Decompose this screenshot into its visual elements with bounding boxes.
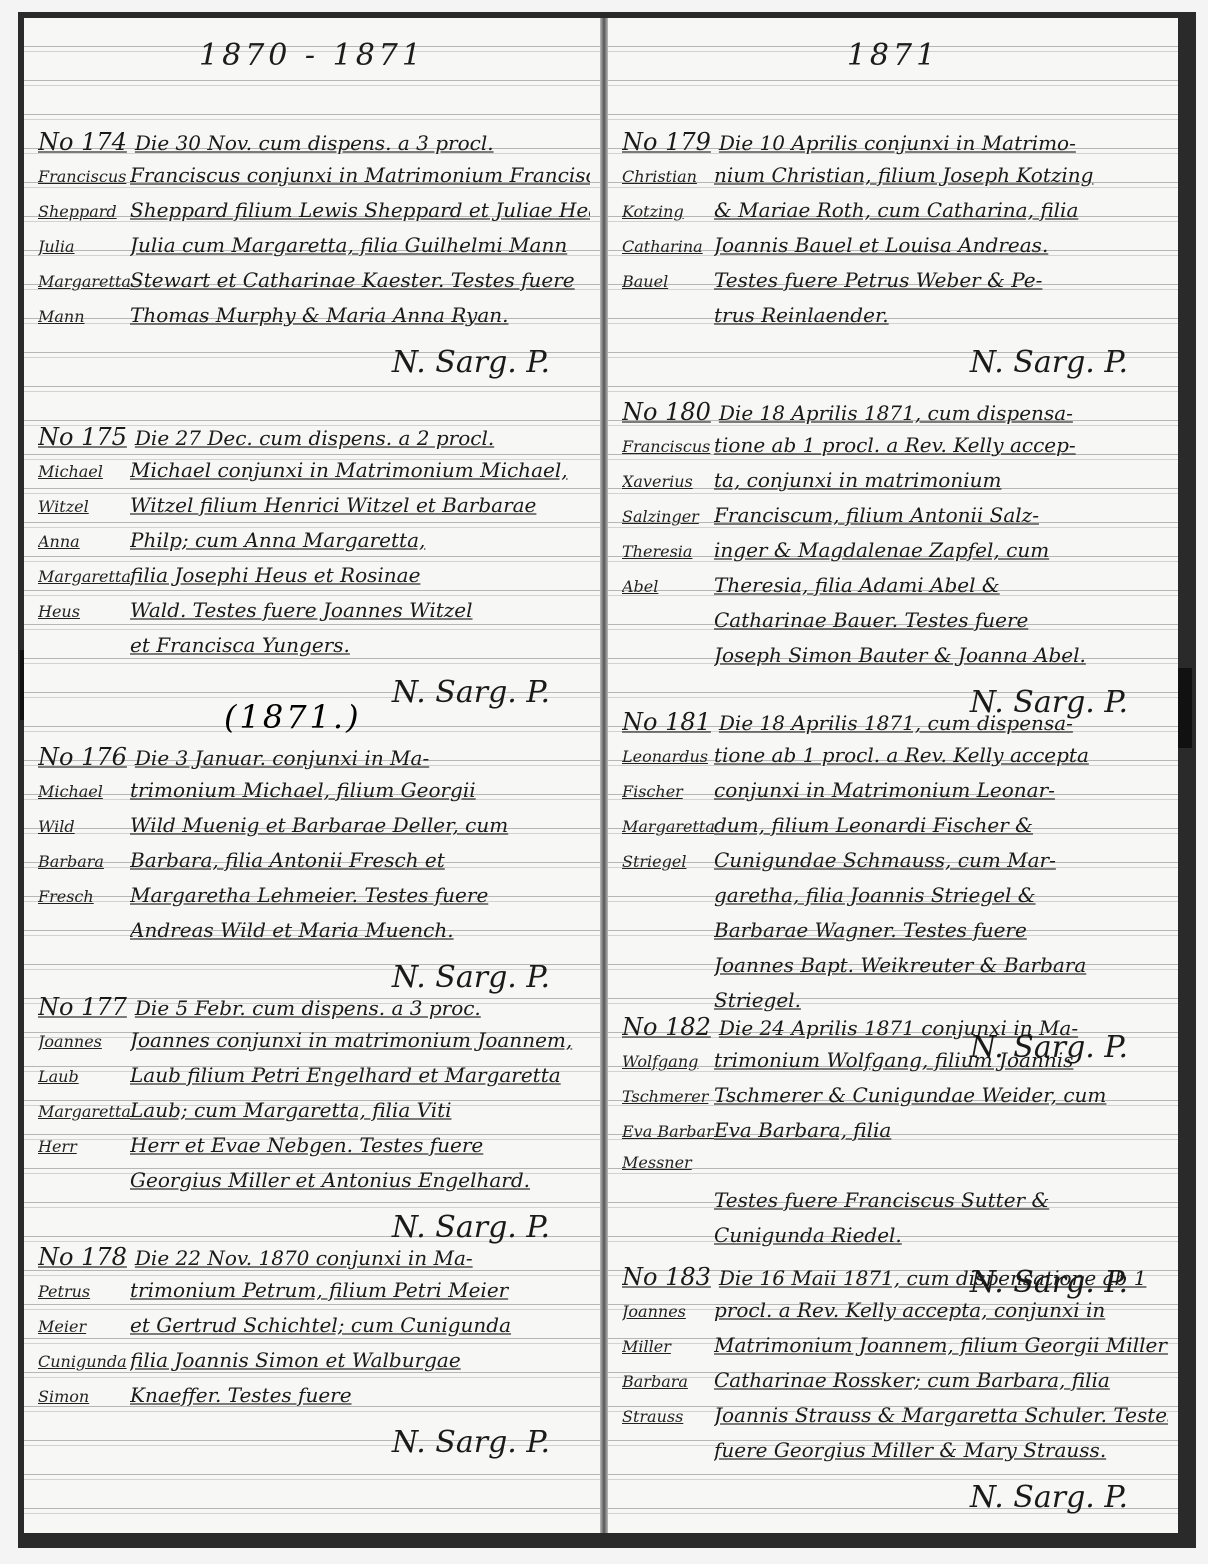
entry-text: & Mariae Roth, cum Catharina, filia	[714, 198, 1168, 222]
entry-text: Franciscus conjunxi in Matrimonium Franc…	[130, 163, 590, 187]
entry-line: BauelTestes fuere Petrus Weber & Pe-	[622, 268, 1168, 303]
entry-line: Margarettadum, filium Leonardi Fischer &	[622, 813, 1168, 848]
entry-text: Laub; cum Margaretta, filia Viti	[130, 1098, 590, 1122]
entry-text: trimonium Michael, filium Georgii	[130, 778, 590, 802]
entry-line: Joseph Simon Bauter & Joanna Abel.	[622, 643, 1168, 678]
register-entry: No 178Die 22 Nov. 1870 conjunxi in Ma-Pe…	[38, 1243, 590, 1468]
entry-line: Meieret Gertrud Schichtel; cum Cunigunda	[38, 1313, 590, 1348]
entry-line: Messner	[622, 1153, 1168, 1188]
entry-line: trus Reinlaender.	[622, 303, 1168, 338]
entry-line: JoannesJoannes conjunxi in matrimonium J…	[38, 1028, 590, 1063]
entry-number: No 180	[622, 398, 711, 426]
entry-text: et Gertrud Schichtel; cum Cunigunda	[130, 1313, 590, 1337]
entry-text: tione ab 1 procl. a Rev. Kelly accepta	[714, 743, 1168, 767]
entry-text: ta, conjunxi in matrimonium	[714, 468, 1168, 492]
margin-name: Heus	[38, 602, 130, 621]
entry-text: No 175Die 27 Dec. cum dispens. a 2 procl…	[38, 423, 590, 451]
entry-line: No 174Die 30 Nov. cum dispens. a 3 procl…	[38, 128, 590, 163]
priest-signature: N. Sarg. P.	[622, 1473, 1168, 1523]
entry-line: No 181Die 18 Aprilis 1871, cum dispensa-	[622, 708, 1168, 743]
entry-line: Georgius Miller et Antonius Engelhard.	[38, 1168, 590, 1203]
entry-text: garetha, filia Joannis Striegel &	[714, 883, 1168, 907]
entry-line: Catharinae Bauer. Testes fuere	[622, 608, 1168, 643]
entry-line: No 182Die 24 Aprilis 1871 conjunxi in Ma…	[622, 1013, 1168, 1048]
entry-text: Striegel.	[714, 988, 1168, 1012]
entry-line: MargarettaLaub; cum Margaretta, filia Vi…	[38, 1098, 590, 1133]
register-entry: No 175Die 27 Dec. cum dispens. a 2 procl…	[38, 423, 590, 718]
margin-name: Margaretta	[38, 567, 130, 586]
margin-name: Joannes	[622, 1302, 714, 1321]
margin-name: Anna	[38, 532, 130, 551]
entry-line: CatharinaJoannis Bauel et Louisa Andreas…	[622, 233, 1168, 268]
entry-line: Leonardustione ab 1 procl. a Rev. Kelly …	[622, 743, 1168, 778]
entry-line: No 180Die 18 Aprilis 1871, cum dispensa-	[622, 398, 1168, 433]
priest-signature: N. Sarg. P.	[622, 338, 1168, 388]
entry-text: Joannis Bauel et Louisa Andreas.	[714, 233, 1168, 257]
entry-line: Petrustrimonium Petrum, filium Petri Mei…	[38, 1278, 590, 1313]
left-page: 1870 - 1871 (1871.) No 174Die 30 Nov. cu…	[24, 18, 600, 1533]
entry-line: No 179Die 10 Aprilis conjunxi in Matrimo…	[622, 128, 1168, 163]
entry-text: Philp; cum Anna Margaretta,	[130, 528, 590, 552]
entry-text: Catharinae Bauer. Testes fuere	[714, 608, 1168, 632]
entry-line: AnnaPhilp; cum Anna Margaretta,	[38, 528, 590, 563]
page-year-header: 1870 - 1871	[24, 38, 600, 73]
margin-name: Michael	[38, 462, 130, 481]
register-entry: No 180Die 18 Aprilis 1871, cum dispensa-…	[622, 398, 1168, 728]
margin-name: Strauss	[622, 1407, 714, 1426]
register-entry: No 174Die 30 Nov. cum dispens. a 3 procl…	[38, 128, 590, 388]
entry-line: HerrHerr et Evae Nebgen. Testes fuere	[38, 1133, 590, 1168]
entry-text: No 179Die 10 Aprilis conjunxi in Matrimo…	[622, 128, 1168, 156]
entry-line: Joannes Bapt. Weikreuter & Barbara	[622, 953, 1168, 988]
entry-line: Testes fuere Franciscus Sutter &	[622, 1188, 1168, 1223]
margin-name: Margaretta	[38, 1102, 130, 1121]
entry-text: Georgius Miller et Antonius Engelhard.	[130, 1168, 590, 1192]
entry-line: SimonKnaeffer. Testes fuere	[38, 1383, 590, 1418]
entry-text: Herr et Evae Nebgen. Testes fuere	[130, 1133, 590, 1157]
entry-text: Matrimonium Joannem, filium Georgii Mill…	[714, 1333, 1168, 1357]
priest-signature: N. Sarg. P.	[38, 668, 590, 718]
entry-text: tione ab 1 procl. a Rev. Kelly accep-	[714, 433, 1168, 457]
entry-text: Joannis Strauss & Margaretta Schuler. Te…	[714, 1403, 1168, 1427]
margin-name: Franciscus	[622, 437, 714, 456]
entry-text: Franciscum, filium Antonii Salz-	[714, 503, 1168, 527]
register-entry: No 177Die 5 Febr. cum dispens. a 3 proc.…	[38, 993, 590, 1253]
entry-text: nium Christian, filium Joseph Kotzing	[714, 163, 1168, 187]
entry-line: Joannesprocl. a Rev. Kelly accepta, conj…	[622, 1298, 1168, 1333]
entry-text: No 182Die 24 Aprilis 1871 conjunxi in Ma…	[622, 1013, 1168, 1041]
margin-name: Petrus	[38, 1282, 130, 1301]
entry-line: No 176Die 3 Januar. conjunxi in Ma-	[38, 743, 590, 778]
entry-line: Barbarae Wagner. Testes fuere	[622, 918, 1168, 953]
margin-name: Herr	[38, 1137, 130, 1156]
entry-line: Cunigundafilia Joannis Simon et Walburga…	[38, 1348, 590, 1383]
margin-name: Witzel	[38, 497, 130, 516]
margin-name: Kotzing	[622, 202, 714, 221]
entry-text: conjunxi in Matrimonium Leonar-	[714, 778, 1168, 802]
margin-name: Fischer	[622, 782, 714, 801]
entry-line: garetha, filia Joannis Striegel &	[622, 883, 1168, 918]
entry-text: trimonium Petrum, filium Petri Meier	[130, 1278, 590, 1302]
entry-text: Andreas Wild et Maria Muench.	[130, 918, 590, 942]
page-year-header: 1871	[608, 38, 1178, 73]
entry-text: trus Reinlaender.	[714, 303, 1168, 327]
entry-text: trimonium Wolfgang, filium Joannis	[714, 1048, 1168, 1072]
margin-name: Simon	[38, 1387, 130, 1406]
entry-line: WildWild Muenig et Barbarae Deller, cum	[38, 813, 590, 848]
margin-name: Christian	[622, 167, 714, 186]
entry-text: Michael conjunxi in Matrimonium Michael,	[130, 458, 590, 482]
entry-line: No 177Die 5 Febr. cum dispens. a 3 proc.	[38, 993, 590, 1028]
entry-text: Catharinae Rossker; cum Barbara, filia	[714, 1368, 1168, 1392]
entry-line: et Francisca Yungers.	[38, 633, 590, 668]
entry-number: No 174	[38, 128, 127, 156]
entry-text: et Francisca Yungers.	[130, 633, 590, 657]
entry-line: fuere Georgius Miller & Mary Strauss.	[622, 1438, 1168, 1473]
entry-line: Wolfgangtrimonium Wolfgang, filium Joann…	[622, 1048, 1168, 1083]
margin-name: Fresch	[38, 887, 130, 906]
entry-text: Joannes Bapt. Weikreuter & Barbara	[714, 953, 1168, 977]
entry-text: No 176Die 3 Januar. conjunxi in Ma-	[38, 743, 590, 771]
entry-text: dum, filium Leonardi Fischer &	[714, 813, 1168, 837]
margin-name: Barbara	[622, 1372, 714, 1391]
margin-name: Franciscus	[38, 167, 130, 186]
margin-name: Tschmerer	[622, 1087, 714, 1106]
margin-name: Bauel	[622, 272, 714, 291]
entry-number: No 182	[622, 1013, 711, 1041]
entry-line: Fischerconjunxi in Matrimonium Leonar-	[622, 778, 1168, 813]
entry-line: MichaelMichael conjunxi in Matrimonium M…	[38, 458, 590, 493]
entry-line: Michaeltrimonium Michael, filium Georgii	[38, 778, 590, 813]
entry-line: Cunigunda Riedel.	[622, 1223, 1168, 1258]
entry-line: Franciscustione ab 1 procl. a Rev. Kelly…	[622, 433, 1168, 468]
entry-line: JuliaJulia cum Margaretta, filia Guilhel…	[38, 233, 590, 268]
margin-name: Margaretta	[622, 817, 714, 836]
register-entry: No 183Die 16 Maii 1871, cum dispensation…	[622, 1263, 1168, 1523]
entry-line: BarbaraCatharinae Rossker; cum Barbara, …	[622, 1368, 1168, 1403]
entry-text: Cunigunda Riedel.	[714, 1223, 1168, 1247]
margin-name: Cunigunda	[38, 1352, 130, 1371]
entry-number: No 181	[622, 708, 711, 736]
entry-number: No 175	[38, 423, 127, 451]
entry-text: No 174Die 30 Nov. cum dispens. a 3 procl…	[38, 128, 590, 156]
margin-name: Joannes	[38, 1032, 130, 1051]
entry-line: SheppardSheppard filium Lewis Sheppard e…	[38, 198, 590, 233]
entry-text: Joannes conjunxi in matrimonium Joannem,	[130, 1028, 590, 1052]
entry-text: Barbarae Wagner. Testes fuere	[714, 918, 1168, 942]
entry-text: fuere Georgius Miller & Mary Strauss.	[714, 1438, 1168, 1462]
entry-line: Christiannium Christian, filium Joseph K…	[622, 163, 1168, 198]
margin-name: Messner	[622, 1153, 714, 1172]
entry-line: FreschMargaretha Lehmeier. Testes fuere	[38, 883, 590, 918]
entry-line: MargarettaStewart et Catharinae Kaester.…	[38, 268, 590, 303]
margin-name: Mann	[38, 307, 130, 326]
right-page: 1871 No 179Die 10 Aprilis conjunxi in Ma…	[608, 18, 1178, 1533]
entry-text: Eva Barbara, filia	[714, 1118, 1168, 1142]
entry-text: No 178Die 22 Nov. 1870 conjunxi in Ma-	[38, 1243, 590, 1271]
entry-line: No 178Die 22 Nov. 1870 conjunxi in Ma-	[38, 1243, 590, 1278]
entry-text: No 180Die 18 Aprilis 1871, cum dispensa-	[622, 398, 1168, 426]
entry-text: Tschmerer & Cunigundae Weider, cum	[714, 1083, 1168, 1107]
entry-text: No 181Die 18 Aprilis 1871, cum dispensa-	[622, 708, 1168, 736]
entry-line: Xaveriusta, conjunxi in matrimonium	[622, 468, 1168, 503]
margin-name: Sheppard	[38, 202, 130, 221]
entry-number: No 183	[622, 1263, 711, 1291]
entry-text: inger & Magdalenae Zapfel, cum	[714, 538, 1168, 562]
entry-text: filia Joannis Simon et Walburgae	[130, 1348, 590, 1372]
entry-line: BarbaraBarbara, filia Antonii Fresch et	[38, 848, 590, 883]
margin-name: Julia	[38, 237, 130, 256]
register-entry: No 176Die 3 Januar. conjunxi in Ma-Micha…	[38, 743, 590, 1003]
margin-name: Michael	[38, 782, 130, 801]
entry-text: Wild Muenig et Barbarae Deller, cum	[130, 813, 590, 837]
entry-text: Barbara, filia Antonii Fresch et	[130, 848, 590, 872]
margin-name: Barbara	[38, 852, 130, 871]
entry-text: No 183Die 16 Maii 1871, cum dispensation…	[622, 1263, 1168, 1291]
entry-number: No 179	[622, 128, 711, 156]
margin-name: Theresia	[622, 542, 714, 561]
entry-line: MillerMatrimonium Joannem, filium Georgi…	[622, 1333, 1168, 1368]
entry-line: MannThomas Murphy & Maria Anna Ryan.	[38, 303, 590, 338]
entry-text: Testes fuere Petrus Weber & Pe-	[714, 268, 1168, 292]
entry-line: Kotzing& Mariae Roth, cum Catharina, fil…	[622, 198, 1168, 233]
margin-name: Wolfgang	[622, 1052, 714, 1071]
entry-line: WitzelWitzel filium Henrici Witzel et Ba…	[38, 493, 590, 528]
margin-name: Catharina	[622, 237, 714, 256]
entry-line: SalzingerFranciscum, filium Antonii Salz…	[622, 503, 1168, 538]
book-gutter	[600, 18, 608, 1533]
entry-text: Julia cum Margaretta, filia Guilhelmi Ma…	[130, 233, 590, 257]
entry-line: No 183Die 16 Maii 1871, cum dispensation…	[622, 1263, 1168, 1298]
entry-number: No 177	[38, 993, 127, 1021]
entry-line: AbelTheresia, filia Adami Abel &	[622, 573, 1168, 608]
entry-text: Testes fuere Franciscus Sutter &	[714, 1188, 1168, 1212]
entry-line: Theresiainger & Magdalenae Zapfel, cum	[622, 538, 1168, 573]
entry-text: No 177Die 5 Febr. cum dispens. a 3 proc.	[38, 993, 590, 1021]
priest-signature: N. Sarg. P.	[38, 1418, 590, 1468]
entry-text: Laub filium Petri Engelhard et Margarett…	[130, 1063, 590, 1087]
entry-text: Stewart et Catharinae Kaester. Testes fu…	[130, 268, 590, 292]
entry-number: No 178	[38, 1243, 127, 1271]
margin-name: Meier	[38, 1317, 130, 1336]
entry-line: TschmererTschmerer & Cunigundae Weider, …	[622, 1083, 1168, 1118]
margin-name: Miller	[622, 1337, 714, 1356]
margin-name: Wild	[38, 817, 130, 836]
entry-text: Wald. Testes fuere Joannes Witzel	[130, 598, 590, 622]
margin-name: Laub	[38, 1067, 130, 1086]
margin-name: Striegel	[622, 852, 714, 871]
entry-text: Margaretha Lehmeier. Testes fuere	[130, 883, 590, 907]
entry-text: filia Josephi Heus et Rosinae	[130, 563, 590, 587]
entry-line: FranciscusFranciscus conjunxi in Matrimo…	[38, 163, 590, 198]
entry-line: StriegelCunigundae Schmauss, cum Mar-	[622, 848, 1168, 883]
entry-text: Thomas Murphy & Maria Anna Ryan.	[130, 303, 590, 327]
entry-text: Theresia, filia Adami Abel &	[714, 573, 1168, 597]
entry-line: No 175Die 27 Dec. cum dispens. a 2 procl…	[38, 423, 590, 458]
entry-text: Knaeffer. Testes fuere	[130, 1383, 590, 1407]
entry-number: No 176	[38, 743, 127, 771]
entry-text: Witzel filium Henrici Witzel et Barbarae	[130, 493, 590, 517]
margin-name: Margaretta	[38, 272, 130, 291]
margin-name: Xaverius	[622, 472, 714, 491]
entry-line: LaubLaub filium Petri Engelhard et Marga…	[38, 1063, 590, 1098]
margin-name: Abel	[622, 577, 714, 596]
entry-text: procl. a Rev. Kelly accepta, conjunxi in	[714, 1298, 1168, 1322]
entry-line: Margarettafilia Josephi Heus et Rosinae	[38, 563, 590, 598]
entry-text: Cunigundae Schmauss, cum Mar-	[714, 848, 1168, 872]
priest-signature: N. Sarg. P.	[38, 338, 590, 388]
entry-line: Eva BarbaraEva Barbara, filia	[622, 1118, 1168, 1153]
entry-text: Sheppard filium Lewis Sheppard et Juliae…	[130, 198, 590, 222]
entry-line: StraussJoannis Strauss & Margaretta Schu…	[622, 1403, 1168, 1438]
entry-line: HeusWald. Testes fuere Joannes Witzel	[38, 598, 590, 633]
entry-line: Andreas Wild et Maria Muench.	[38, 918, 590, 953]
margin-name: Salzinger	[622, 507, 714, 526]
register-entry: No 179Die 10 Aprilis conjunxi in Matrimo…	[622, 128, 1168, 388]
margin-name: Leonardus	[622, 747, 714, 766]
margin-name: Eva Barbara	[622, 1122, 714, 1141]
entry-text: Joseph Simon Bauter & Joanna Abel.	[714, 643, 1168, 667]
